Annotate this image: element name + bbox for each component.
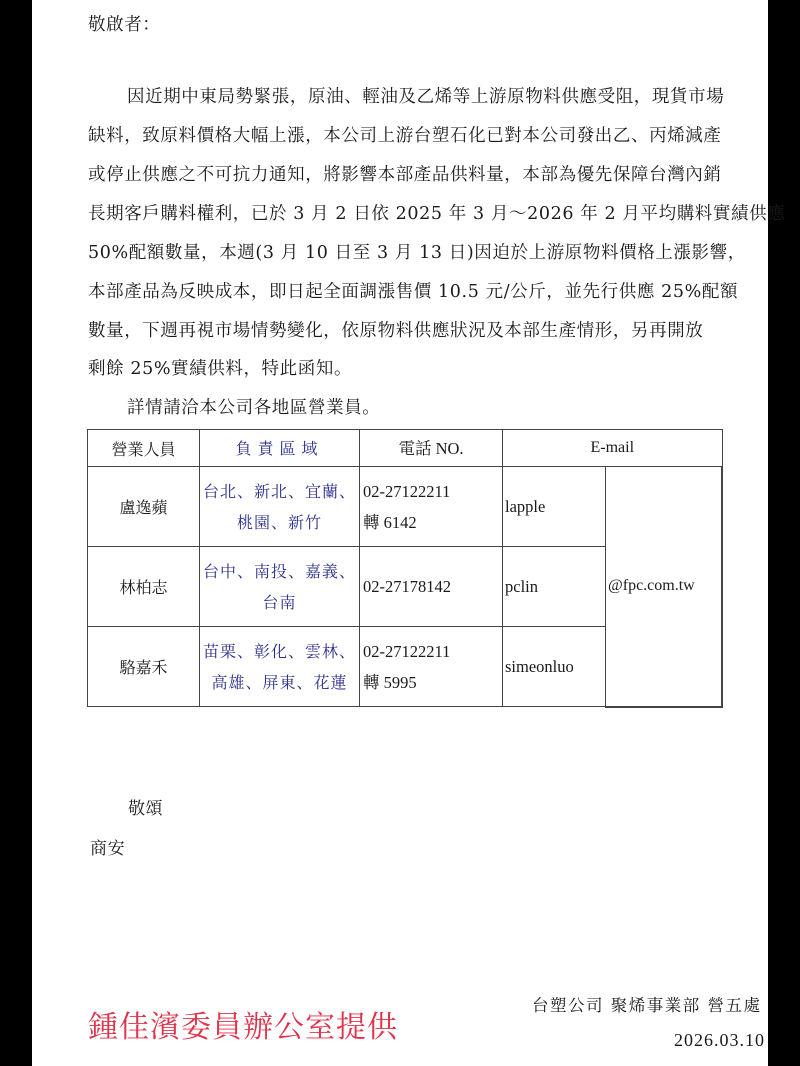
email-domain: @fpc.com.tw bbox=[606, 467, 723, 707]
body-line-7: 數量，下週再視市場情勢變化，依原物料供應狀況及本部生產情形，另再開放 bbox=[88, 320, 703, 342]
phone-cell: 02-27122211 轉 5995 bbox=[360, 627, 503, 707]
salesperson-name: 盧逸蘋 bbox=[88, 467, 200, 547]
body-line-4: 長期客戶購料權利，已於 3 月 2 日依 2025 年 3 月～2026 年 2… bbox=[88, 203, 785, 225]
email-user: lapple bbox=[503, 467, 606, 547]
salesperson-name: 駱嘉禾 bbox=[88, 627, 200, 707]
closing-respectfully: 敬頌 bbox=[128, 798, 163, 820]
phone-number: 02-27122211 bbox=[363, 476, 502, 507]
phone-extension: 轉 6142 bbox=[363, 507, 502, 538]
email-user: simeonluo bbox=[503, 627, 606, 707]
closing-wishes: 商安 bbox=[90, 838, 125, 860]
region-line: 台中、南投、嘉義、 bbox=[200, 556, 359, 587]
phone-number: 02-27122211 bbox=[363, 636, 502, 667]
header-region: 負責區域 bbox=[200, 430, 360, 467]
table-header-row: 營業人員 負責區域 電話 NO. E-mail bbox=[88, 430, 723, 467]
region-line: 台南 bbox=[200, 587, 359, 618]
header-phone: 電話 NO. bbox=[360, 430, 503, 467]
body-line-1: 因近期中東局勢緊張，原油、輕油及乙烯等上游原物料供應受阻，現貨市場 bbox=[127, 86, 724, 108]
phone-extension: 轉 5995 bbox=[363, 667, 502, 698]
phone-cell: 02-27122211 轉 6142 bbox=[360, 467, 503, 547]
table-row: 盧逸蘋 台北、新北、宜蘭、 桃園、新竹 02-27122211 轉 6142 l… bbox=[88, 467, 723, 547]
region-line: 苗栗、彰化、雲林、 bbox=[200, 636, 359, 667]
phone-number: 02-27178142 bbox=[363, 571, 502, 602]
salesperson-name: 林柏志 bbox=[88, 547, 200, 627]
phone-cell: 02-27178142 bbox=[360, 547, 503, 627]
source-credit-watermark: 鍾佳濱委員辦公室提供 bbox=[88, 1002, 398, 1046]
salutation: 敬啟者： bbox=[88, 14, 160, 36]
header-email: E-mail bbox=[503, 430, 723, 467]
region-cell: 苗栗、彰化、雲林、 高雄、屏東、花蓮 bbox=[200, 627, 360, 707]
body-line-2: 缺料，致原料價格大幅上漲，本公司上游台塑石化已對本公司發出乙、丙烯減產 bbox=[88, 125, 722, 147]
body-line-6: 本部產品為反映成本，即日起全面調漲售價 10.5 元/公斤，並先行供應 25%配… bbox=[88, 281, 738, 303]
body-line-5: 50%配額數量，本週(3 月 10 日至 3 月 13 日)因迫於上游原物料價格… bbox=[88, 242, 746, 264]
region-cell: 台北、新北、宜蘭、 桃園、新竹 bbox=[200, 467, 360, 547]
body-line-8: 剩餘 25%實績供料，特此函知。 bbox=[88, 358, 352, 380]
email-user: pclin bbox=[503, 547, 606, 627]
body-line-3: 或停止供應之不可抗力通知，將影響本部產品供料量，本部為優先保障台灣內銷 bbox=[88, 164, 722, 186]
header-name: 營業人員 bbox=[88, 430, 200, 467]
letter-date: 2026.03.10 bbox=[674, 1030, 765, 1051]
sales-contacts-table: 營業人員 負責區域 電話 NO. E-mail 盧逸蘋 台北、新北、宜蘭、 桃園… bbox=[87, 429, 723, 708]
region-line: 桃園、新竹 bbox=[200, 507, 359, 538]
letter-page: 敬啟者： 因近期中東局勢緊張，原油、輕油及乙烯等上游原物料供應受阻，現貨市場 缺… bbox=[32, 0, 768, 1066]
region-line: 台北、新北、宜蘭、 bbox=[200, 476, 359, 507]
contact-note: 詳情請洽本公司各地區營業員。 bbox=[127, 397, 380, 419]
region-line: 高雄、屏東、花蓮 bbox=[200, 667, 359, 698]
region-cell: 台中、南投、嘉義、 台南 bbox=[200, 547, 360, 627]
signature-department: 台塑公司 聚烯事業部 營五處 bbox=[532, 992, 762, 1016]
